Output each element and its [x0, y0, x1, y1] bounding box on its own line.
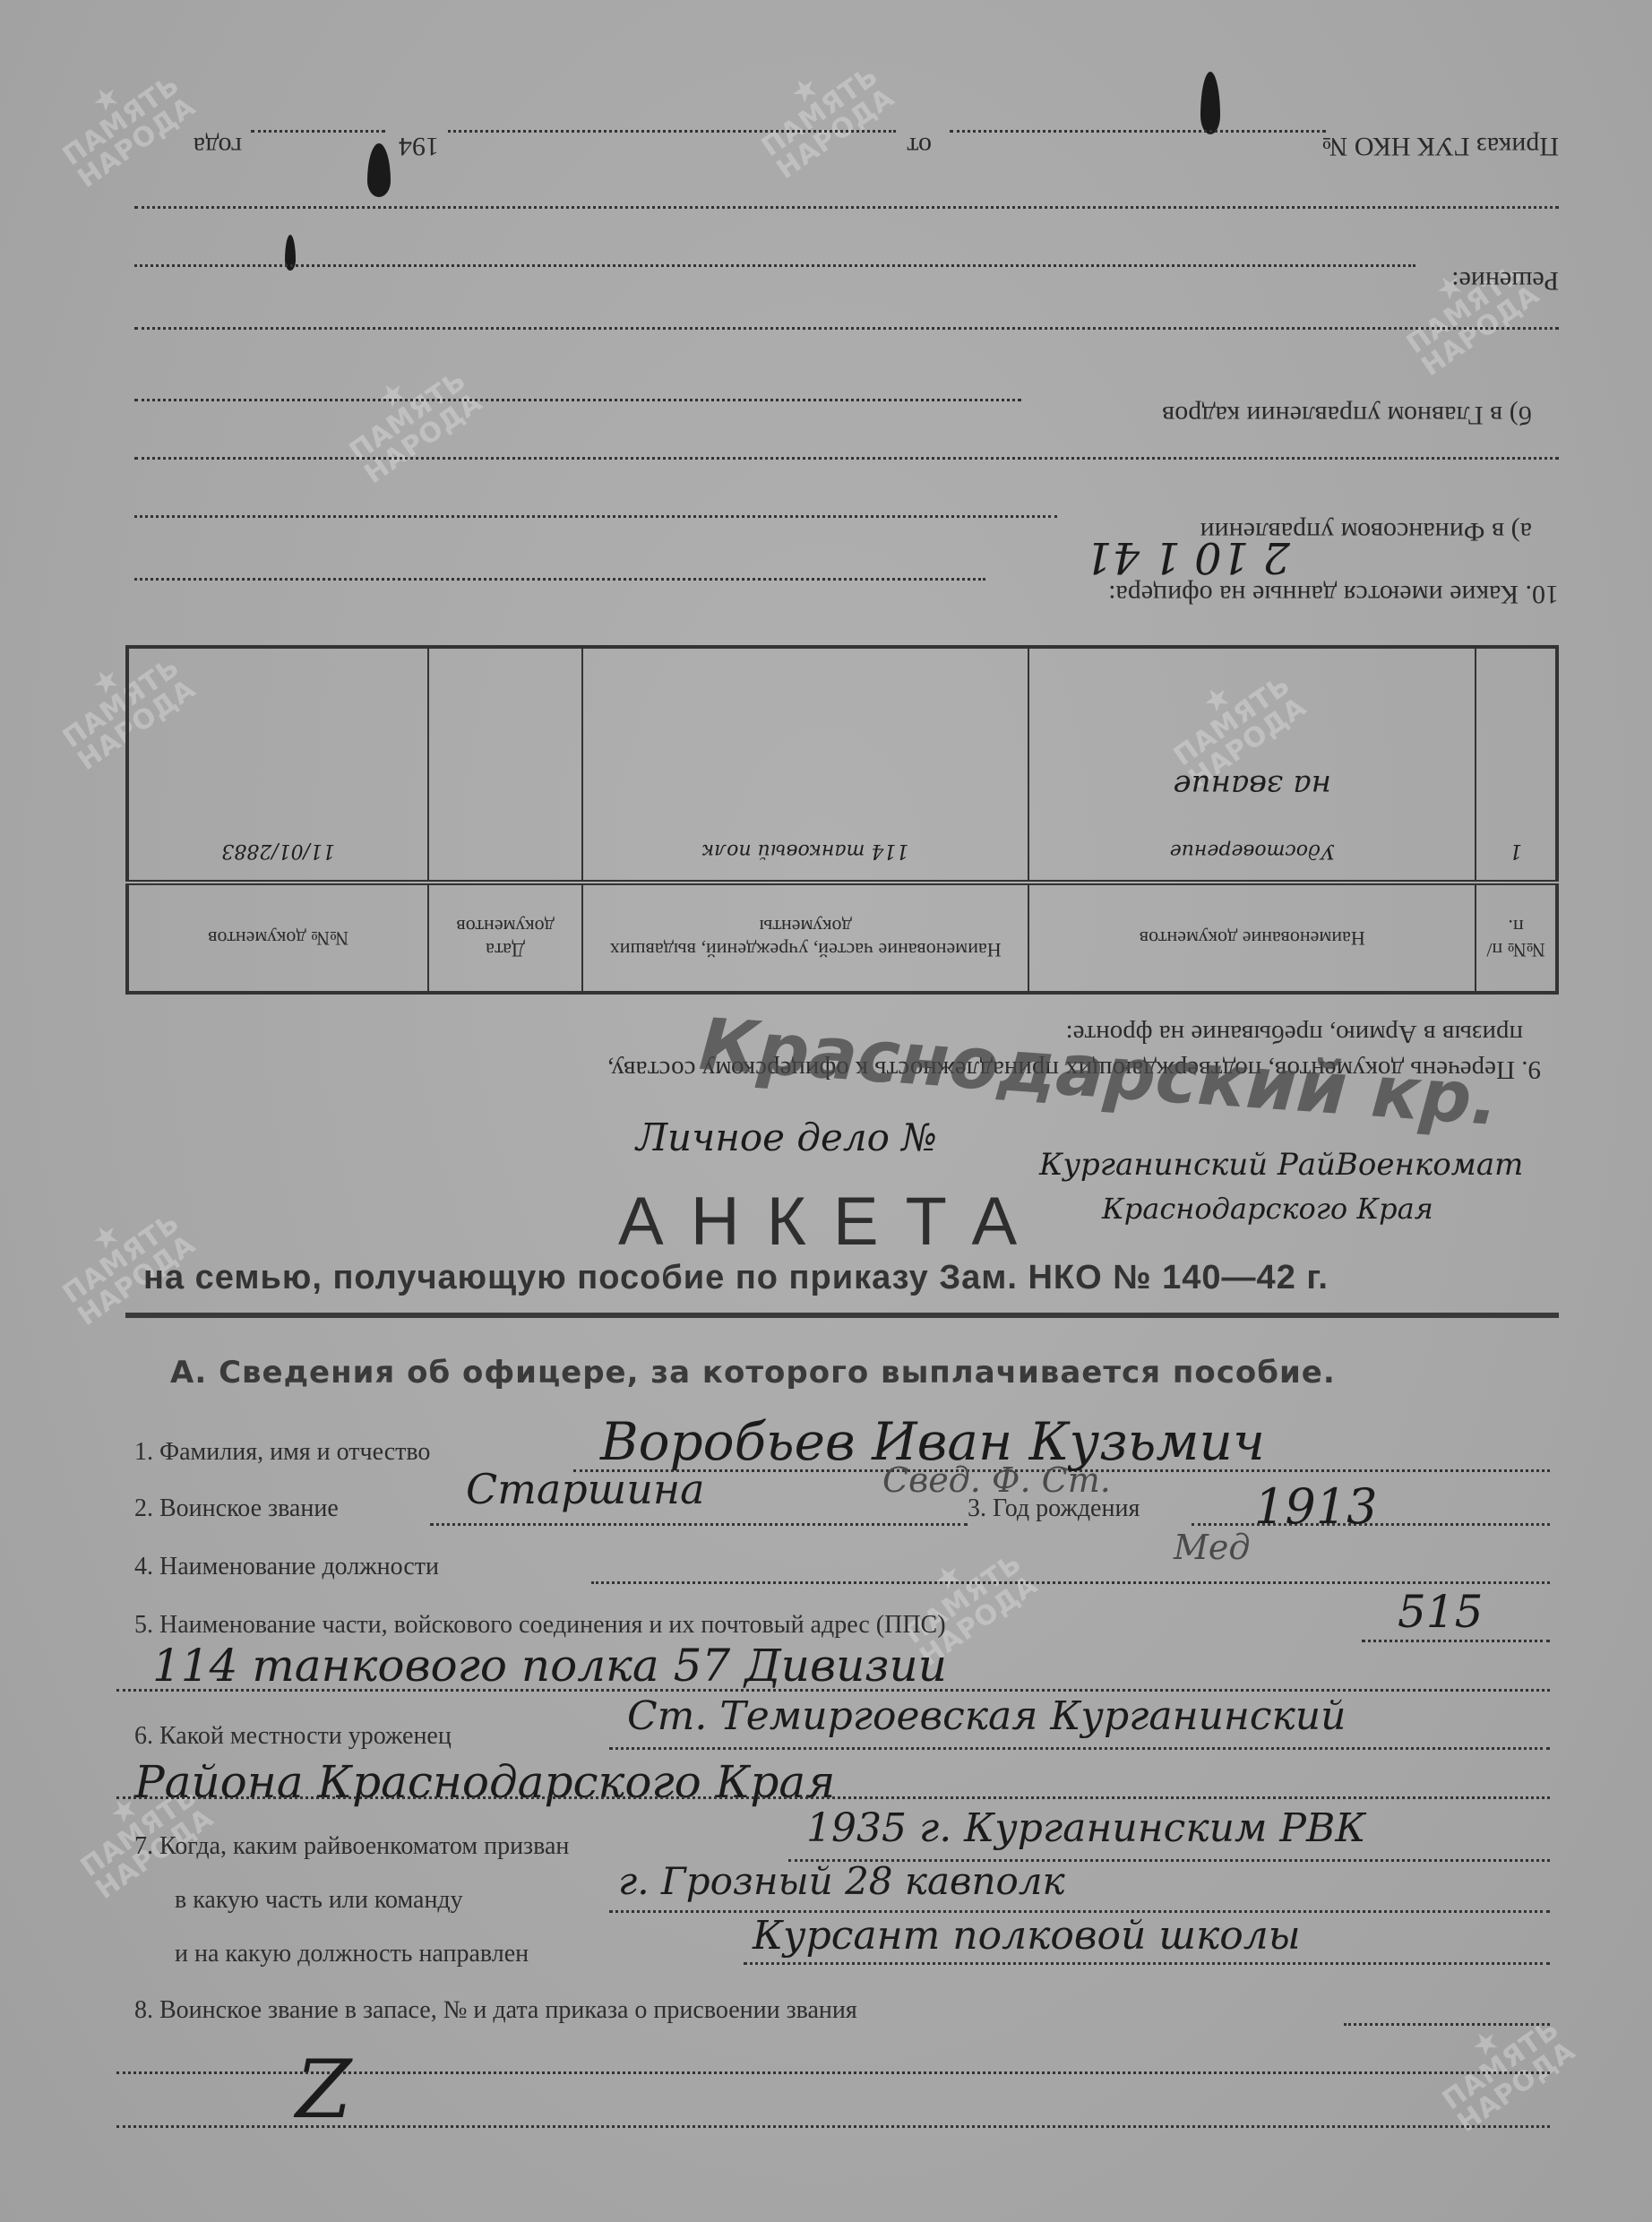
field-label-rank: 2. Воинское звание [134, 1494, 339, 1523]
voenkomat-note-line2: Краснодарского Края [1102, 1192, 1433, 1226]
field-value-assigned-position: Курсант полковой школы [753, 1913, 1301, 1959]
upright-form-section: Краснодарский кр. Личное дело № Курганин… [0, 0, 1652, 2222]
field-line [116, 1689, 1550, 1692]
form-title: АНКЕТА [618, 1183, 1044, 1261]
field-value-birthplace-line2: Района Краснодарского Края [134, 1756, 835, 1808]
field-line [609, 1747, 1550, 1750]
field-value-birthplace: Ст. Темиргоевская Курганинский [627, 1693, 1346, 1739]
field-label-name: 1. Фамилия, имя и отчество [134, 1438, 430, 1467]
form-subtitle: на семью, получающую пособие по приказу … [143, 1259, 1541, 1297]
field-label-birthplace: 6. Какой местности уроженец [134, 1722, 452, 1751]
section-a-heading: А. Сведения об офицере, за которого выпл… [170, 1355, 1336, 1391]
field-value-rank: Старшина [466, 1465, 705, 1513]
personal-file-note: Личное дело № [636, 1115, 937, 1159]
field-line [1344, 2023, 1550, 2026]
field-label-birth-year: 3. Год рождения [968, 1494, 1140, 1523]
field-label-reserve-rank: 8. Воинское звание в запасе, № и дата пр… [134, 1996, 857, 2025]
field-line [430, 1523, 968, 1526]
field-line [1362, 1640, 1550, 1642]
field-value-conscription: 1935 г. Курганинским РВК [806, 1805, 1365, 1851]
field-value-unit: 114 танкового полка 57 Дивизии [152, 1640, 947, 1692]
field-label-conscription: 7. Когда, каким райвоенкоматом призван [134, 1832, 569, 1861]
field-line [116, 1796, 1550, 1799]
title-divider [125, 1313, 1559, 1318]
rank-note-2: Мед [1174, 1528, 1250, 1567]
field-value-assigned-unit: г. Грозный 28 кавполк [618, 1859, 1065, 1903]
field-line [591, 1581, 1550, 1584]
field-label-position: 4. Наименование должности [134, 1553, 439, 1581]
field-label-assigned-position: и на какую должность направлен [175, 1940, 529, 1968]
field-value-birth-year: 1913 [1254, 1478, 1377, 1535]
field-value-reserve-rank-mark: Z [296, 2043, 352, 2137]
field-line [744, 1962, 1550, 1965]
field-label-unit: 5. Наименование части, войскового соедин… [134, 1611, 946, 1640]
archive-document-page: ★ПАМЯТЬНАРОДА ★ПАМЯТЬНАРОДА ★ПАМЯТЬНАРОД… [0, 0, 1652, 2222]
field-label-assigned-unit: в какую часть или команду [175, 1886, 463, 1915]
voenkomat-note-line1: Курганинский РайВоенкомат [1039, 1147, 1523, 1183]
field-value-pps: 515 [1398, 1586, 1483, 1638]
